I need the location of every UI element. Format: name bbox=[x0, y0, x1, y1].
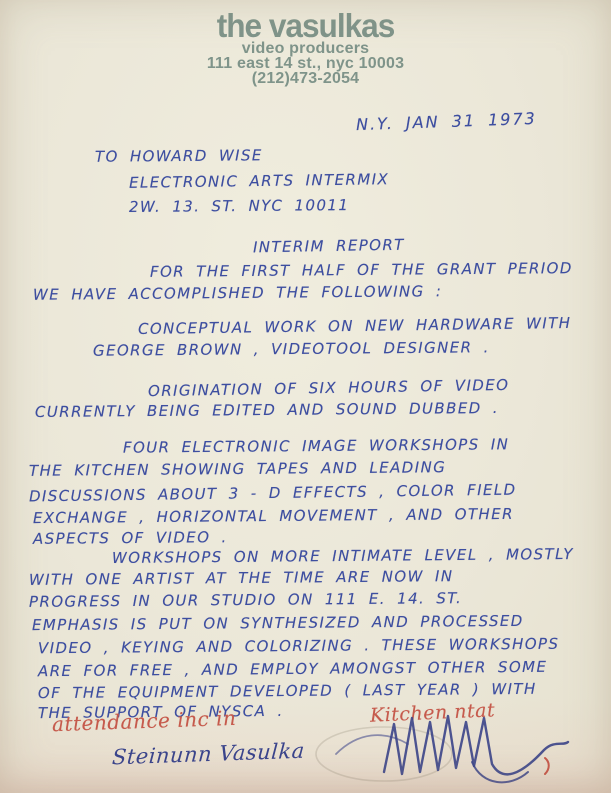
body-line: ASPECTS OF VIDEO . bbox=[33, 528, 228, 548]
body-line: OF THE EQUIPMENT DEVELOPED ( LAST YEAR )… bbox=[38, 680, 537, 702]
recipient-line: ELECTRONIC ARTS INTERMIX bbox=[129, 170, 389, 192]
body-line: VIDEO , KEYING AND COLORIZING . THESE WO… bbox=[38, 635, 560, 658]
recipient-line: TO HOWARD WISE bbox=[95, 146, 263, 165]
body-line: EMPHASIS IS PUT ON SYNTHESIZED AND PROCE… bbox=[32, 612, 524, 634]
body-line: EXCHANGE , HORIZONTAL MOVEMENT , AND OTH… bbox=[33, 505, 514, 527]
red-ink-annotation: attendance inc in bbox=[52, 708, 237, 734]
woody-vasulka-signature-scribble bbox=[322, 702, 572, 793]
body-line: FOR THE FIRST HALF OF THE GRANT PERIOD bbox=[150, 259, 573, 281]
body-line: WORKSHOPS ON MORE INTIMATE LEVEL , MOSTL… bbox=[112, 545, 574, 567]
scanned-letter-page: the vasulkas video producers 111 east 14… bbox=[0, 0, 611, 793]
body-line: ORIGINATION OF SIX HOURS OF VIDEO bbox=[148, 376, 510, 400]
steina-vasulka-signature: Steinunn Vasulka bbox=[111, 741, 305, 769]
body-line: WE HAVE ACCOMPLISHED THE FOLLOWING : bbox=[33, 282, 442, 304]
body-line: THE KITCHEN SHOWING TAPES AND LEADING bbox=[29, 458, 446, 480]
letterhead: the vasulkas video producers 111 east 14… bbox=[0, 11, 611, 86]
body-line: CONCEPTUAL WORK ON NEW HARDWARE WITH bbox=[138, 314, 572, 338]
body-line: DISCUSSIONS ABOUT 3 - D EFFECTS , COLOR … bbox=[29, 481, 517, 506]
letterhead-name: the vasulkas bbox=[0, 10, 611, 42]
body-line: PROGRESS IN OUR STUDIO ON 111 E. 14. ST. bbox=[29, 589, 462, 611]
body-line: WITH ONE ARTIST AT THE TIME ARE NOW IN bbox=[29, 567, 454, 589]
recipient-line: 2W. 13. ST. NYC 10011 bbox=[129, 196, 349, 216]
red-ink-mark bbox=[542, 756, 554, 776]
body-line: ARE FOR FREE , AND EMPLOY AMONGST OTHER … bbox=[38, 658, 547, 680]
letterhead-address: 111 east 14 st., nyc 10003 bbox=[0, 56, 611, 71]
body-line: FOUR ELECTRONIC IMAGE WORKSHOPS IN bbox=[123, 435, 509, 456]
letterhead-phone: (212)473-2054 bbox=[0, 71, 611, 86]
body-line: CURRENTLY BEING EDITED AND SOUND DUBBED … bbox=[35, 399, 499, 421]
date-line: N.Y. JAN 31 1973 bbox=[356, 109, 537, 134]
interim-report-heading: INTERIM REPORT bbox=[253, 236, 405, 257]
body-line: GEORGE BROWN , VIDEOTOOL DESIGNER . bbox=[93, 338, 490, 359]
